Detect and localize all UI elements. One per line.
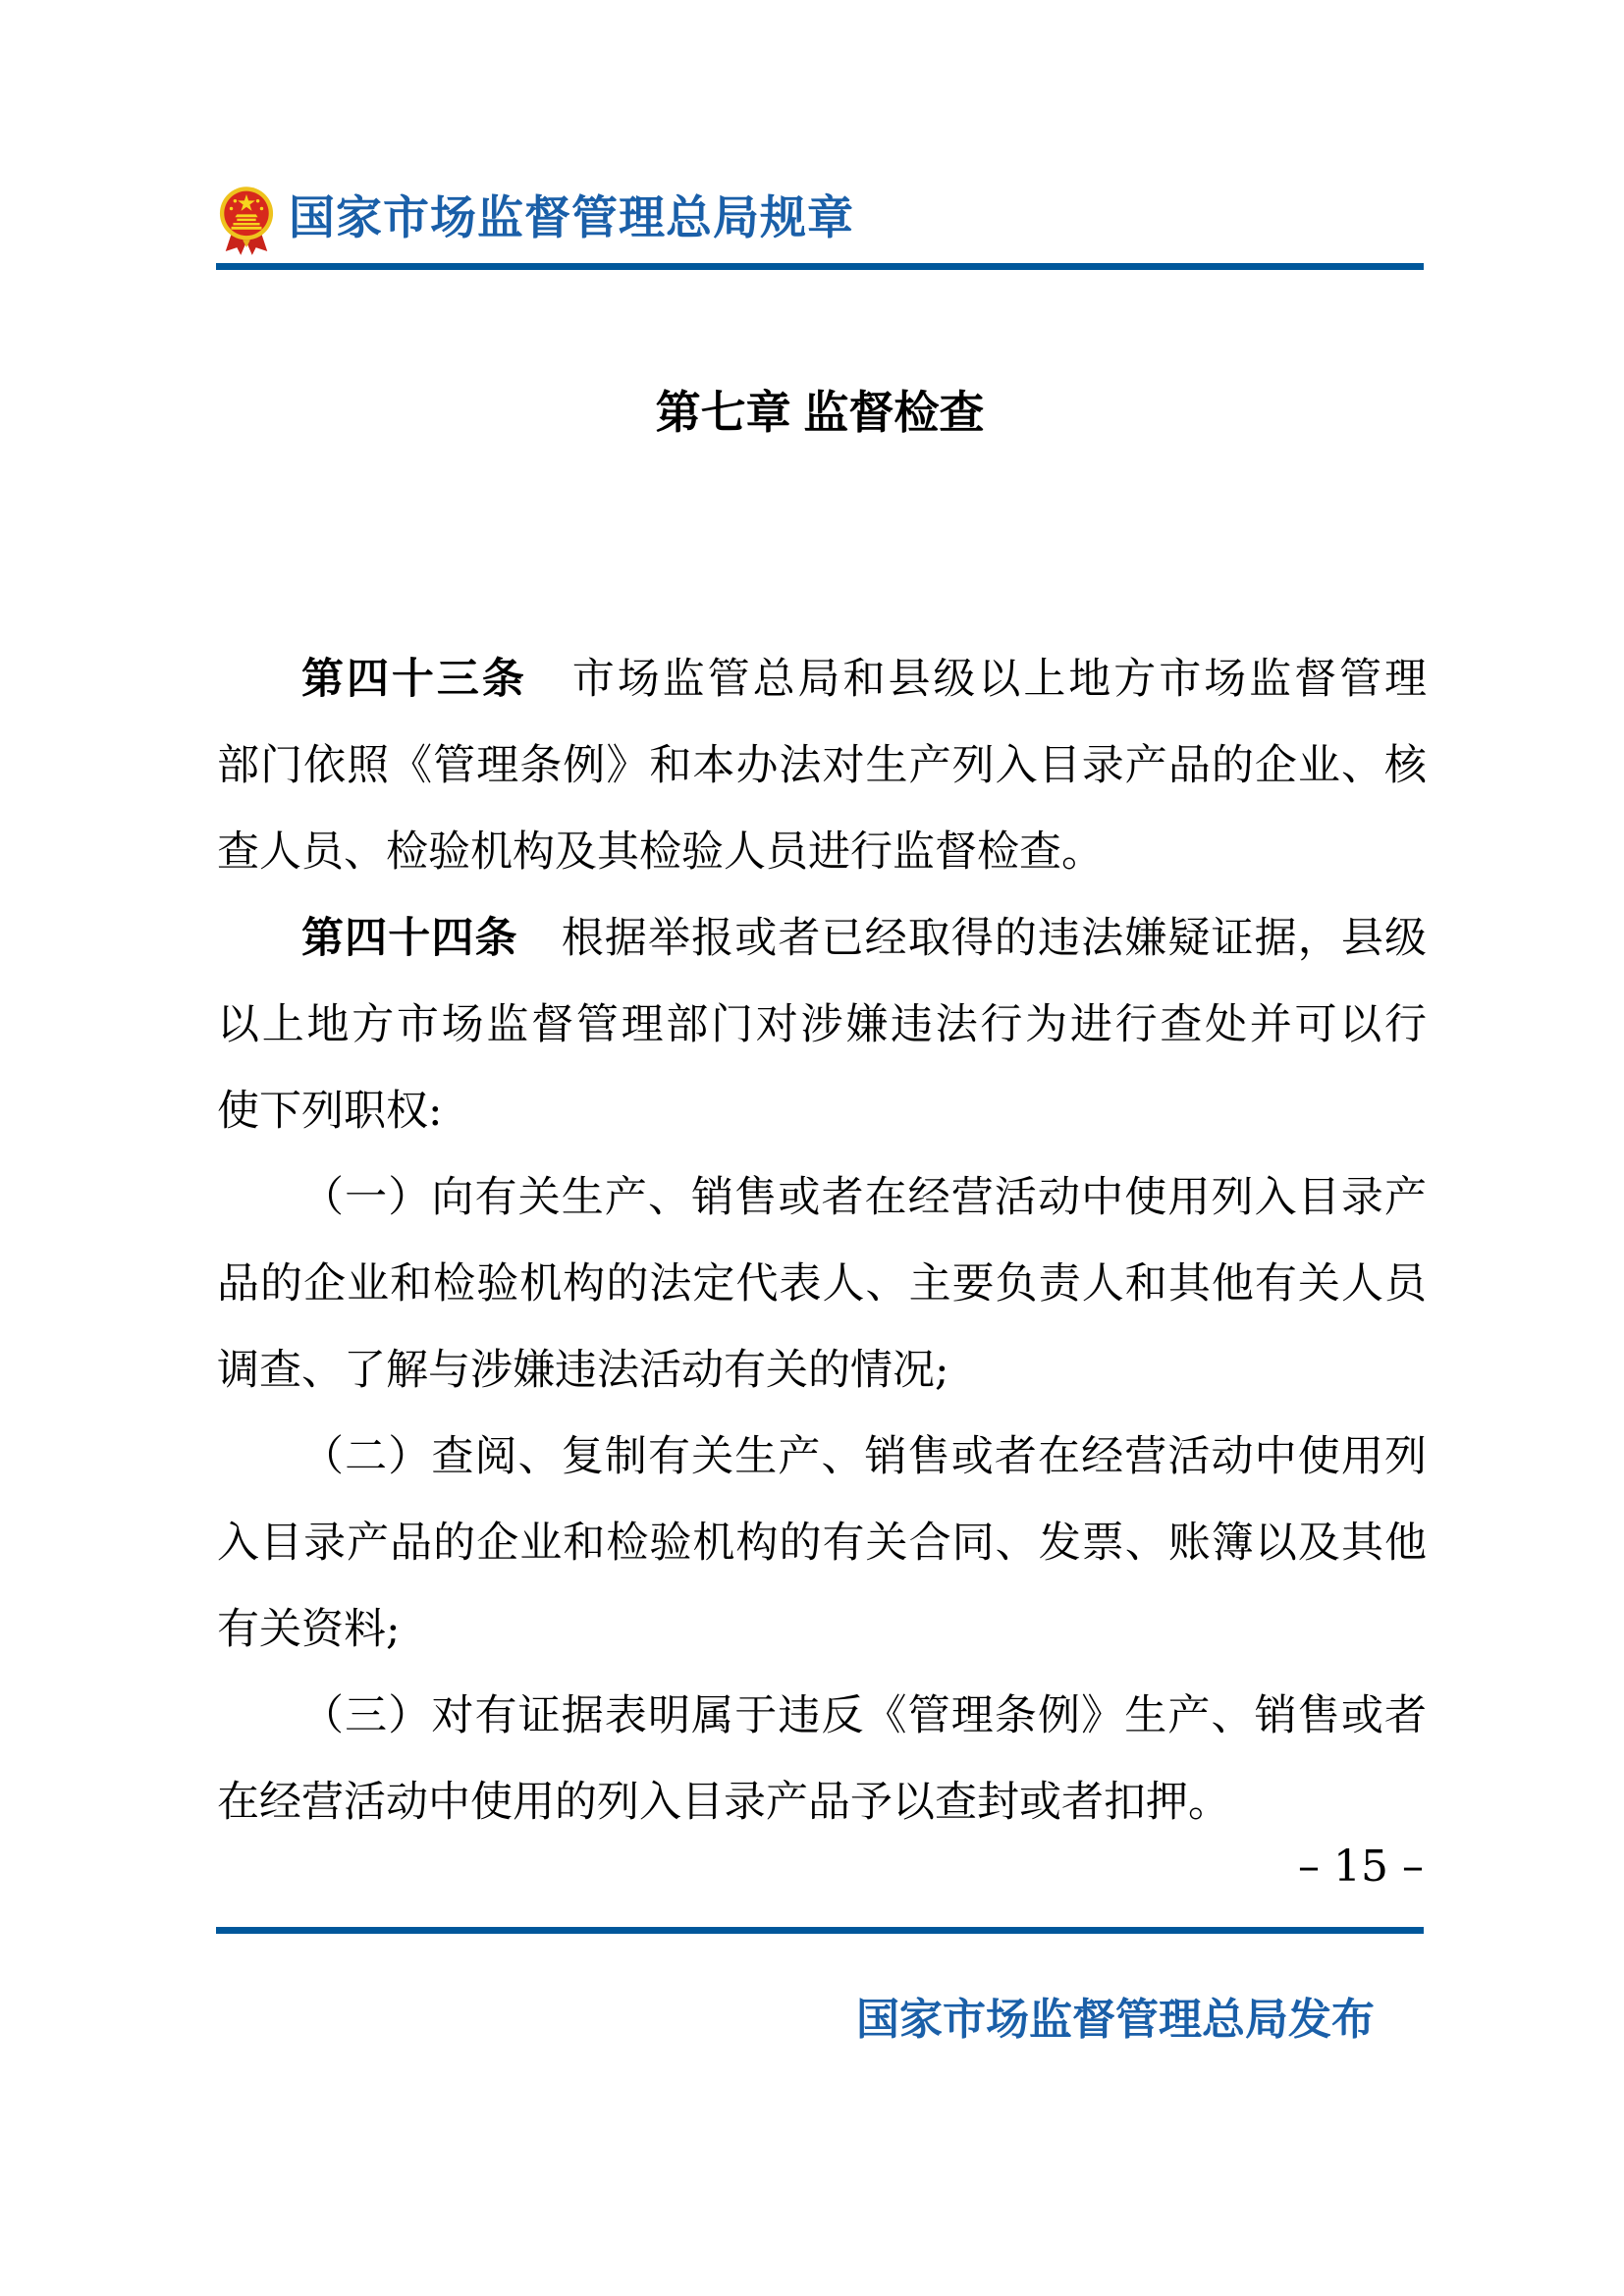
document-line: 在经营活动中使用的列入目录产品予以查封或者扣押。 [217, 1759, 1427, 1845]
document-line: 部门依照《管理条例》和本办法对生产列入目录产品的企业、核 [217, 722, 1427, 809]
line-text: 根据举报或者已经取得的违法嫌疑证据，县级 [518, 914, 1427, 963]
line-text: （三）对有证据表明属于违反《管理条例》生产、销售或者 [301, 1691, 1427, 1740]
document-line: 有关资料; [217, 1586, 1427, 1673]
line-text: 查人员、检验机构及其检验人员进行监督检查。 [217, 828, 1104, 877]
document-line: （一）向有关生产、销售或者在经营活动中使用列入目录产 [217, 1154, 1427, 1241]
document-line: （二）查阅、复制有关生产、销售或者在经营活动中使用列 [217, 1414, 1427, 1500]
document-line: 第四十三条 市场监管总局和县级以上地方市场监督管理 [217, 636, 1427, 722]
document-line: 使下列职权: [217, 1068, 1427, 1154]
chapter-heading: 第七章 监督检查 [216, 387, 1424, 438]
line-text: 以上地方市场监督管理部门对涉嫌违法行为进行查处并可以行 [217, 1000, 1427, 1049]
line-text: 市场监管总局和县级以上地方市场监督管理 [527, 655, 1427, 704]
line-text: 入目录产品的企业和检验机构的有关合同、发票、账簿以及其他 [217, 1519, 1427, 1568]
article-number: 第四十三条 [301, 656, 527, 703]
article-number: 第四十四条 [301, 915, 518, 962]
line-text: 调查、了解与涉嫌违法活动有关的情况; [217, 1346, 949, 1395]
line-text: 使下列职权: [217, 1087, 443, 1136]
footer-rule [216, 1927, 1424, 1934]
page-number: – 15 – [1298, 1842, 1424, 1893]
document-line: 入目录产品的企业和检验机构的有关合同、发票、账簿以及其他 [217, 1500, 1427, 1586]
line-text: （二）查阅、复制有关生产、销售或者在经营活动中使用列 [301, 1432, 1427, 1481]
document-body: 第四十三条 市场监管总局和县级以上地方市场监督管理部门依照《管理条例》和本办法对… [217, 636, 1427, 1845]
header-rule [216, 263, 1424, 270]
document-line: 第四十四条 根据举报或者已经取得的违法嫌疑证据，县级 [217, 895, 1427, 982]
line-text: （一）向有关生产、销售或者在经营活动中使用列入目录产 [301, 1173, 1427, 1222]
document-line: 以上地方市场监督管理部门对涉嫌违法行为进行查处并可以行 [217, 982, 1427, 1068]
line-text: 品的企业和检验机构的法定代表人、主要负责人和其他有关人员 [217, 1259, 1427, 1308]
publisher-label: 国家市场监督管理总局发布 [856, 1995, 1375, 2046]
document-line: 调查、了解与涉嫌违法活动有关的情况; [217, 1327, 1427, 1414]
document-line: 品的企业和检验机构的法定代表人、主要负责人和其他有关人员 [217, 1241, 1427, 1327]
document-line: 查人员、检验机构及其检验人员进行监督检查。 [217, 809, 1427, 895]
header-title: 国家市场监督管理总局规章 [289, 192, 854, 243]
document-line: （三）对有证据表明属于违反《管理条例》生产、销售或者 [217, 1673, 1427, 1759]
line-text: 在经营活动中使用的列入目录产品予以查封或者扣押。 [217, 1778, 1230, 1827]
line-text: 有关资料; [217, 1605, 401, 1654]
line-text: 部门依照《管理条例》和本办法对生产列入目录产品的企业、核 [217, 741, 1427, 790]
national-emblem-icon [218, 185, 275, 263]
document-page: 国家市场监督管理总局规章 第七章 监督检查 第四十三条 市场监管总局和县级以上地… [0, 0, 1624, 2296]
